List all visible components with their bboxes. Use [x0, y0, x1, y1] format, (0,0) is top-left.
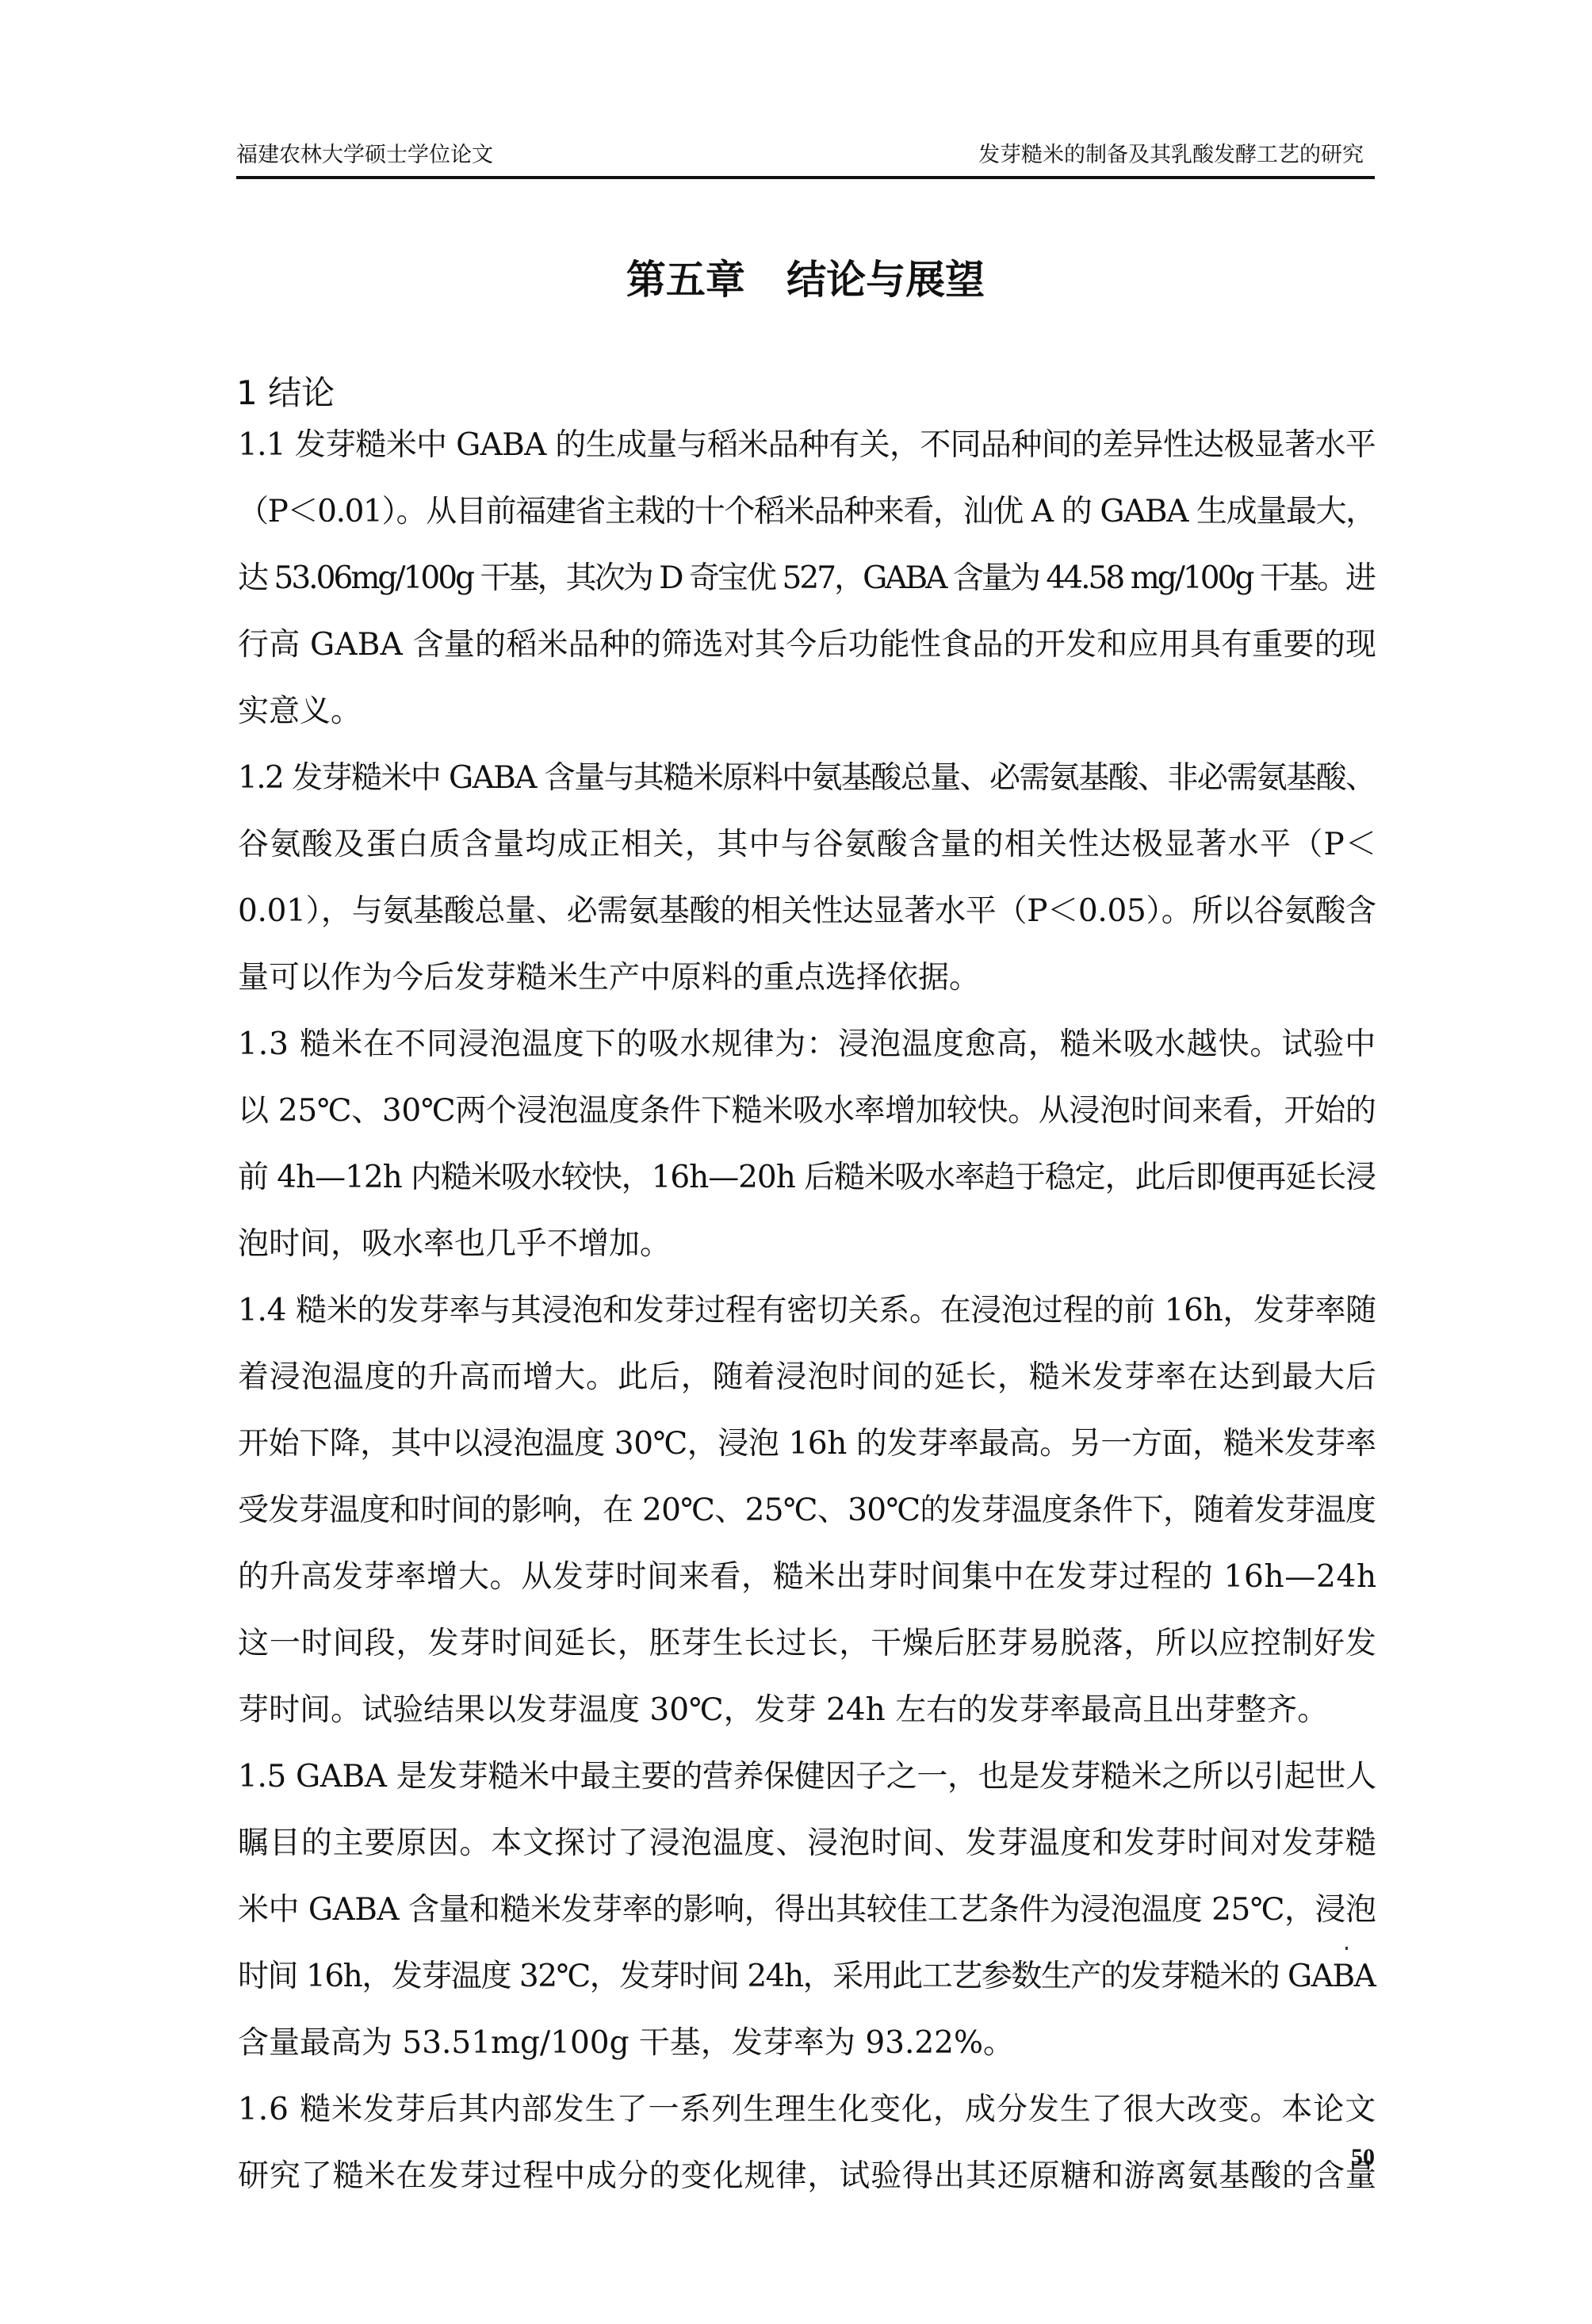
- paragraph-line: 前 4h—12h 内糙米吸水较快，16h—20h 后糙米吸水率趋于稳定，此后即便…: [238, 1154, 1376, 1221]
- paragraph-line: 时间 16h，发芽温度 32℃，发芽时间 24h，采用此工艺参数生产的发芽糙米的…: [238, 1953, 1376, 2020]
- header-university: 福建农林大学硕士学位论文: [236, 141, 493, 170]
- scan-speck: [1345, 1947, 1348, 1950]
- paragraph-line: 1.1 发芽糙米中 GABA 的生成量与稻米品种有关，不同品种间的差异性达极显著…: [238, 422, 1376, 488]
- paragraph-line: 谷氨酸及蛋白质含量均成正相关，其中与谷氨酸含量的相关性达极显著水平（P＜: [238, 821, 1376, 888]
- paragraph-line: 着浸泡温度的升高而增大。此后，随着浸泡时间的延长，糙米发芽率在达到最大后: [238, 1354, 1376, 1420]
- paragraph-line: 米中 GABA 含量和糙米发芽率的影响，得出其较佳工艺条件为浸泡温度 25℃，浸…: [238, 1886, 1376, 1953]
- paragraph-line: 行高 GABA 含量的稻米品种的筛选对其今后功能性食品的开发和应用具有重要的现: [238, 621, 1376, 688]
- section-heading: 1 结论: [236, 371, 335, 415]
- paragraph-line: 含量最高为 53.51mg/100g 干基，发芽率为 93.22%。: [238, 2020, 1376, 2086]
- paragraph-line: 1.4 糙米的发芽率与其浸泡和发芽过程有密切关系。在浸泡过程的前 16h，发芽率…: [238, 1287, 1376, 1354]
- paragraph-line: 0.01），与氨基酸总量、必需氨基酸的相关性达显著水平（P＜0.05）。所以谷氨…: [238, 888, 1376, 954]
- paragraph-line: 1.3 糙米在不同浸泡温度下的吸水规律为：浸泡温度愈高，糙米吸水越快。试验中: [238, 1021, 1376, 1087]
- paragraph-line: 研究了糙米在发芽过程中成分的变化规律，试验得出其还原糖和游离氨基酸的含量: [238, 2153, 1376, 2219]
- paragraph-line: 泡时间，吸水率也几乎不增加。: [238, 1221, 1376, 1287]
- paragraph-line: 这一时间段，发芽时间延长，胚芽生长过长，干燥后胚芽易脱落，所以应控制好发: [238, 1620, 1376, 1687]
- paragraph-line: 实意义。: [238, 688, 1376, 755]
- paragraph-line: 以 25℃、30℃两个浸泡温度条件下糙米吸水率增加较快。从浸泡时间来看，开始的: [238, 1087, 1376, 1154]
- paragraph-line: 量可以作为今后发芽糙米生产中原料的重点选择依据。: [238, 954, 1376, 1021]
- paragraph-line: 的升高发芽率增大。从发芽时间来看，糙米出芽时间集中在发芽过程的 16h—24h: [238, 1554, 1376, 1620]
- chapter-title: 第五章 结论与展望: [0, 252, 1592, 308]
- paragraph-line: 瞩目的主要原因。本文探讨了浸泡温度、浸泡时间、发芽温度和发芽时间对发芽糙: [238, 1820, 1376, 1886]
- paragraph-line: 达 53.06mg/100g 干基，其次为 D 奇宝优 527，GABA 含量为…: [238, 555, 1376, 621]
- paragraph-line: 1.2 发芽糙米中 GABA 含量与其糙米原料中氨基酸总量、必需氨基酸、非必需氨…: [238, 755, 1376, 821]
- running-header: 福建农林大学硕士学位论文 发芽糙米的制备及其乳酸发酵工艺的研究: [236, 141, 1375, 182]
- paragraph-line: （P＜0.01）。从目前福建省主栽的十个稻米品种来看，汕优 A 的 GABA 生…: [238, 488, 1376, 555]
- header-rule: [236, 176, 1375, 179]
- body-text: 1.1 发芽糙米中 GABA 的生成量与稻米品种有关，不同品种间的差异性达极显著…: [238, 422, 1376, 2219]
- paragraph-line: 受发芽温度和时间的影响，在 20℃、25℃、30℃的发芽温度条件下，随着发芽温度: [238, 1487, 1376, 1554]
- page-number: 50: [1351, 2142, 1375, 2173]
- paragraph-line: 芽时间。试验结果以发芽温度 30℃，发芽 24h 左右的发芽率最高且出芽整齐。: [238, 1687, 1376, 1753]
- paragraph-line: 1.6 糙米发芽后其内部发生了一系列生理生化变化，成分发生了很大改变。本论文: [238, 2086, 1376, 2153]
- paragraph-line: 开始下降，其中以浸泡温度 30℃，浸泡 16h 的发芽率最高。另一方面，糙米发芽…: [238, 1420, 1376, 1487]
- document-page: 福建农林大学硕士学位论文 发芽糙米的制备及其乳酸发酵工艺的研究 第五章 结论与展…: [0, 0, 1592, 2324]
- header-thesis-title: 发芽糙米的制备及其乳酸发酵工艺的研究: [978, 141, 1364, 170]
- paragraph-line: 1.5 GABA 是发芽糙米中最主要的营养保健因子之一，也是发芽糙米之所以引起世…: [238, 1753, 1376, 1820]
